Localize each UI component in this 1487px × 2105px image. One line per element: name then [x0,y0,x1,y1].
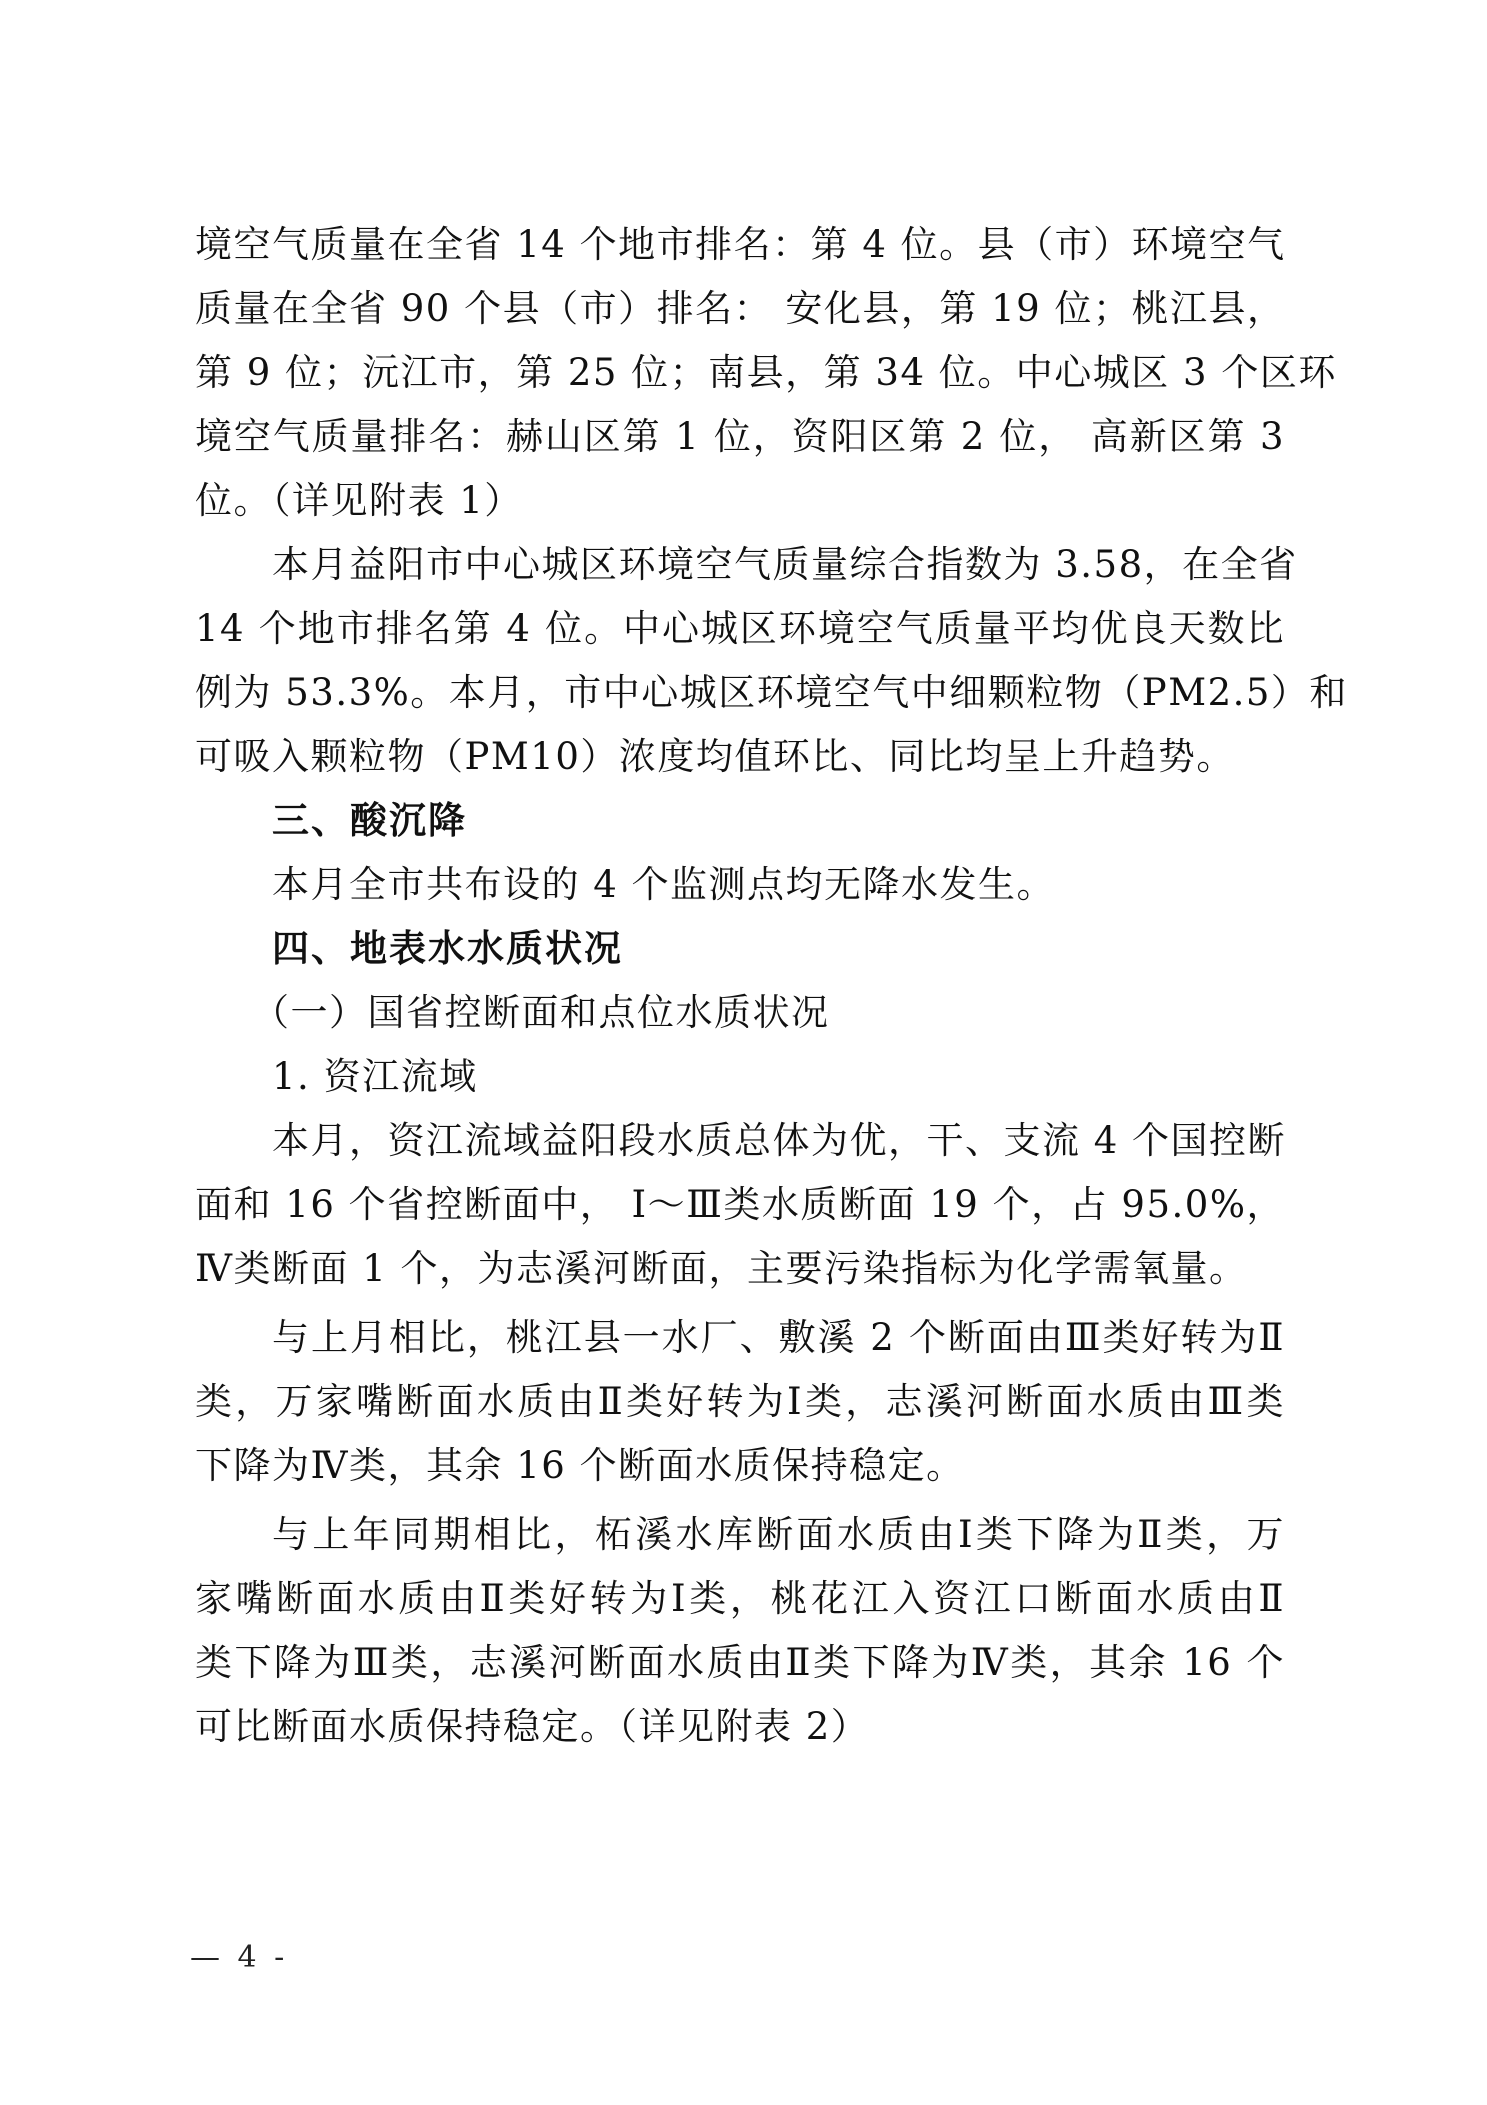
page-number: — 4 - [190,1938,288,1978]
paragraph-line: 面和 16 个省控断面中， Ⅰ～Ⅲ类水质断面 19 个，占 95.0%， [195,1173,1285,1237]
section-heading-surface-water: 四、地表水水质状况 [272,917,1285,981]
paragraph-line: 14 个地市排名第 4 位。中心城区环境空气质量平均优良天数比 [195,597,1285,661]
paragraph-line: 下降为Ⅳ类，其余 16 个断面水质保持稳定。 [195,1434,1285,1498]
document-page: 境空气质量在全省 14 个地市排名：第 4 位。县（市）环境空气 质量在全省 9… [0,0,1487,2105]
paragraph-line: 境空气质量排名：赫山区第 1 位，资阳区第 2 位， 高新区第 3 [195,405,1285,469]
subsection-heading-national-provincial: （一）国省控断面和点位水质状况 [252,981,1265,1045]
paragraph-line: 质量在全省 90 个县（市）排名： 安化县，第 19 位；桃江县， [195,277,1285,341]
section-heading-acid-deposition: 三、酸沉降 [272,789,1285,853]
paragraph-line: 本月全市共布设的 4 个监测点均无降水发生。 [272,853,1285,917]
paragraph-line: 类下降为Ⅲ类，志溪河断面水质由Ⅱ类下降为Ⅳ类，其余 16 个 [195,1631,1285,1695]
paragraph-line: 第 9 位；沅江市，第 25 位；南县，第 34 位。中心城区 3 个区环 [195,341,1285,405]
paragraph-line: 与上年同期相比，柘溪水库断面水质由Ⅰ类下降为Ⅱ类，万 [272,1503,1285,1567]
paragraph-line: 类，万家嘴断面水质由Ⅱ类好转为Ⅰ类，志溪河断面水质由Ⅲ类 [195,1370,1285,1434]
paragraph-line: 例为 53.3%。本月，市中心城区环境空气中细颗粒物（PM2.5）和 [195,661,1285,725]
paragraph-line: 可吸入颗粒物（PM10）浓度均值环比、同比均呈上升趋势。 [195,725,1285,789]
paragraph-line: 位。（详见附表 1） [195,469,1285,533]
paragraph-line: 本月，资江流域益阳段水质总体为优，干、支流 4 个国控断 [272,1109,1285,1173]
paragraph-line: 家嘴断面水质由Ⅱ类好转为Ⅰ类，桃花江入资江口断面水质由Ⅱ [195,1567,1285,1631]
paragraph-line: 境空气质量在全省 14 个地市排名：第 4 位。县（市）环境空气 [195,213,1285,277]
paragraph-line: 可比断面水质保持稳定。（详见附表 2） [195,1695,1285,1759]
paragraph-line: 本月益阳市中心城区环境空气质量综合指数为 3.58，在全省 [272,533,1285,597]
paragraph-line: Ⅳ类断面 1 个，为志溪河断面，主要污染指标为化学需氧量。 [195,1237,1285,1301]
paragraph-line: 与上月相比，桃江县一水厂、敷溪 2 个断面由Ⅲ类好转为Ⅱ [272,1306,1285,1370]
subsection-heading-zijiang-basin: 1. 资江流域 [272,1045,1285,1109]
